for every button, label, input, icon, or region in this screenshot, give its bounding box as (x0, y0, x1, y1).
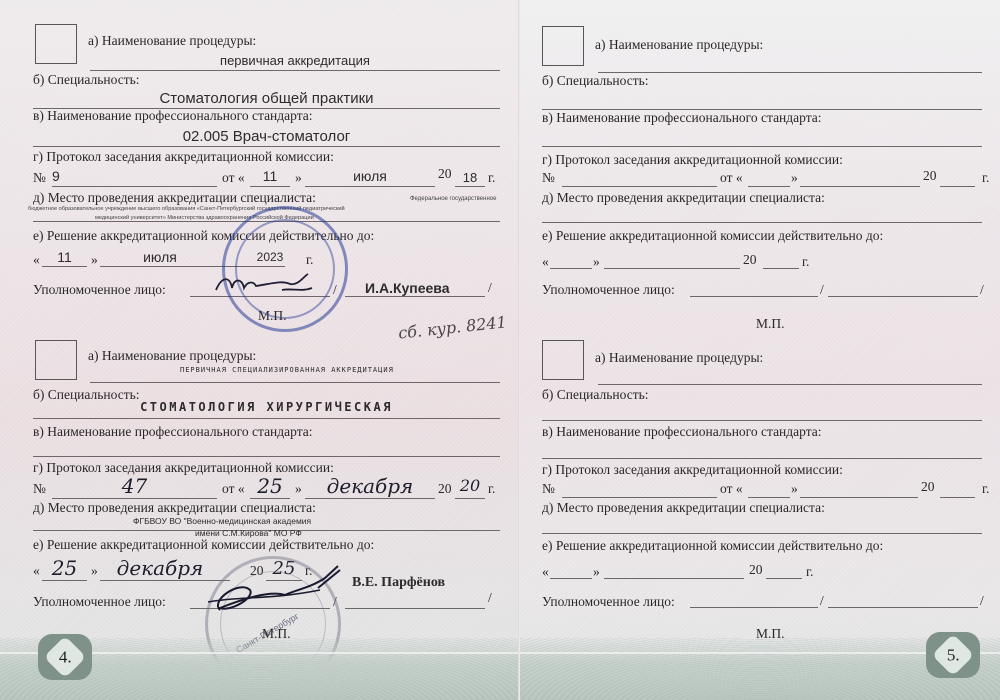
page-number: 4. (59, 647, 72, 667)
year-suffix: г. (982, 481, 989, 497)
place-line-1: Федеральное государственное (410, 196, 496, 202)
protocol-number: 9 (52, 168, 60, 184)
valid-year-line (763, 268, 799, 269)
specialty-value: СТОМАТОЛОГИЯ ХИРУРГИЧЕСКАЯ (33, 400, 500, 414)
valid-day-line (550, 578, 592, 579)
year-prefix: 20 (923, 168, 937, 184)
from-open: от « (720, 481, 743, 497)
quote-close: » (593, 254, 600, 270)
authorized-label: Уполномоченное лицо: (33, 282, 166, 298)
quote-close: » (593, 564, 600, 580)
checkbox (35, 340, 77, 380)
name-line (345, 608, 485, 609)
protocol-year-line (940, 497, 975, 498)
protocol-number-line (562, 497, 717, 498)
slash: / (488, 280, 492, 296)
procedure-value: первичная аккредитация (90, 53, 500, 68)
valid-day: 25 (42, 556, 87, 580)
page-number-badge: 4. (38, 634, 92, 680)
protocol-year-line (940, 186, 975, 187)
specialty-line (33, 418, 500, 419)
protocol-month-line (800, 186, 920, 187)
slash: / (980, 282, 984, 298)
protocol-day-line (250, 186, 290, 187)
no-sign: № (33, 170, 46, 186)
from-open: от « (222, 170, 245, 186)
quote-open: « (542, 254, 549, 270)
checkbox (542, 340, 584, 380)
place-line (542, 533, 982, 534)
specialty-line (542, 420, 982, 421)
year-prefix: 20 (438, 166, 452, 182)
protocol-month-line (800, 497, 918, 498)
protocol-month-line (305, 186, 435, 187)
specialty-label: б) Специальность: (542, 73, 649, 89)
standard-value: 02.005 Врач-стоматолог (33, 128, 500, 145)
no-sign: № (33, 481, 46, 497)
specialty-value: Стоматология общей практики (33, 90, 500, 107)
year-suffix: г. (806, 564, 813, 580)
protocol-number-line (52, 186, 217, 187)
checkbox (542, 26, 584, 66)
protocol-day-line (250, 498, 290, 499)
margin-note: сб. кур. 8241 (397, 312, 507, 342)
protocol-number-line (52, 498, 217, 499)
quote-open: « (33, 563, 40, 579)
standard-label: в) Наименование профессионального станда… (33, 424, 313, 440)
protocol-month-line (305, 498, 435, 499)
authorized-name: В.Е. Парфёнов (352, 575, 445, 591)
protocol-number: 47 (52, 474, 217, 498)
year-suffix: г. (488, 481, 495, 497)
name-line (345, 296, 485, 297)
valid-day-line (550, 268, 592, 269)
authorized-name: И.А.Купеева (350, 280, 505, 296)
standard-line (542, 146, 982, 147)
signature (212, 270, 322, 300)
procedure-line (90, 70, 500, 71)
page-number: 5. (947, 645, 960, 665)
seal-mark: М.П. (756, 316, 785, 332)
protocol-year: 18 (455, 170, 485, 185)
standard-line (542, 458, 982, 459)
decision-label: е) Решение аккредитационной комиссии дей… (33, 537, 374, 553)
procedure-label: а) Наименование процедуры: (595, 37, 763, 53)
protocol-label: г) Протокол заседания аккредитационной к… (33, 149, 334, 165)
year-prefix: 20 (438, 481, 452, 497)
procedure-line (598, 72, 982, 73)
authorized-label: Уполномоченное лицо: (542, 282, 675, 298)
protocol-year-line (455, 186, 485, 187)
place-label: д) Место проведения аккредитации специал… (542, 500, 825, 516)
slash: / (820, 593, 824, 609)
protocol-day: 25 (250, 474, 290, 498)
quote-open: « (542, 564, 549, 580)
no-sign: № (542, 170, 555, 186)
procedure-line (90, 382, 500, 383)
protocol-number-line (562, 186, 717, 187)
slash: / (488, 590, 492, 606)
standard-label: в) Наименование профессионального станда… (542, 110, 822, 126)
protocol-label: г) Протокол заседания аккредитационной к… (542, 462, 843, 478)
quote-close: » (91, 252, 98, 268)
year-prefix: 20 (921, 479, 935, 495)
year-prefix: 20 (743, 252, 757, 268)
no-sign: № (542, 481, 555, 497)
place-label: д) Место проведения аккредитации специал… (33, 500, 316, 516)
slash: / (980, 593, 984, 609)
protocol-month: декабря (305, 474, 435, 498)
page-number-badge: 5. (926, 632, 980, 678)
page-5: а) Наименование процедуры: б) Специально… (520, 0, 1000, 700)
year-suffix: г. (982, 170, 989, 186)
protocol-year-line (455, 498, 485, 499)
signature (200, 560, 350, 620)
year-prefix: 20 (749, 562, 763, 578)
name-line (828, 296, 978, 297)
protocol-label: г) Протокол заседания аккредитационной к… (542, 152, 843, 168)
valid-year-line (766, 578, 802, 579)
quote-open: « (33, 252, 40, 268)
protocol-month: июля (305, 168, 435, 184)
quote-close: » (791, 170, 798, 186)
standard-label: в) Наименование профессионального станда… (33, 108, 313, 124)
place-label: д) Место проведения аккредитации специал… (542, 190, 825, 206)
procedure-label: а) Наименование процедуры: (88, 348, 256, 364)
checkbox (35, 24, 77, 64)
valid-month-line (604, 268, 740, 269)
name-line (828, 607, 978, 608)
standard-line (33, 456, 500, 457)
valid-month: июля (100, 249, 220, 265)
protocol-day-line (748, 497, 790, 498)
authorized-label: Уполномоченное лицо: (33, 594, 166, 610)
quote-close: » (295, 170, 302, 186)
quote-close: » (91, 563, 98, 579)
place-line (542, 222, 982, 223)
year-suffix: г. (802, 254, 809, 270)
signature-line (690, 607, 818, 608)
place-label: д) Место проведения аккредитации специал… (33, 190, 316, 206)
specialty-label: б) Специальность: (33, 72, 140, 88)
protocol-day: 11 (250, 168, 290, 184)
from-open: от « (222, 481, 245, 497)
valid-day-line (42, 580, 87, 581)
protocol-year: 20 (455, 476, 485, 495)
valid-month-line (604, 578, 744, 579)
authorized-label: Уполномоченное лицо: (542, 594, 675, 610)
signature-line (690, 296, 818, 297)
slash: / (820, 282, 824, 298)
protocol-day-line (748, 186, 790, 187)
from-open: от « (720, 170, 743, 186)
quote-close: » (791, 481, 798, 497)
page-4: а) Наименование процедуры: первичная акк… (0, 0, 520, 700)
standard-line (33, 146, 500, 147)
valid-day: 11 (42, 249, 87, 265)
specialty-label: б) Специальность: (542, 387, 649, 403)
decision-label: е) Решение аккредитационной комиссии дей… (542, 228, 883, 244)
procedure-value: первичная специализированная аккредитаци… (180, 366, 394, 374)
decision-label: е) Решение аккредитационной комиссии дей… (542, 538, 883, 554)
quote-close: » (295, 481, 302, 497)
place-line-1: ФГБВОУ ВО "Военно-медицинская академия (133, 516, 311, 526)
seal-mark: М.П. (258, 308, 287, 324)
valid-day-line (42, 266, 87, 267)
procedure-label: а) Наименование процедуры: (88, 33, 256, 49)
year-suffix: г. (488, 170, 495, 186)
procedure-line (598, 384, 982, 385)
procedure-label: а) Наименование процедуры: (595, 350, 763, 366)
standard-label: в) Наименование профессионального станда… (542, 424, 822, 440)
